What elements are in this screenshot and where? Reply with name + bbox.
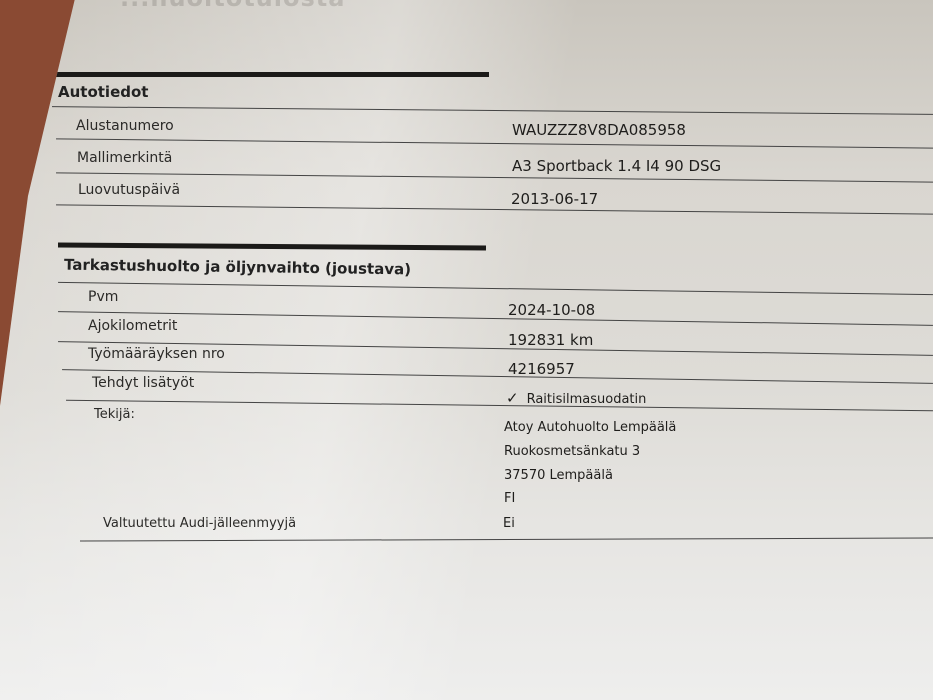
delivery-date-label: Luovutuspäivä — [78, 182, 180, 198]
divider — [80, 538, 933, 542]
service-record-paper: ...huoltotulosta Autotiedot Alustanumero… — [0, 0, 933, 700]
divider — [56, 138, 933, 148]
divider — [56, 172, 933, 182]
performer-label: Tekijä: — [94, 407, 135, 422]
authorized-dealer-value: Ei — [503, 516, 515, 531]
divider — [66, 400, 933, 412]
performer-country: FI — [504, 491, 515, 506]
section-rule — [58, 243, 486, 251]
work-order-label: Työmääräyksen nro — [88, 346, 225, 362]
model-value: A3 Sportback 1.4 I4 90 DSG — [512, 157, 721, 175]
vin-label: Alustanumero — [76, 118, 174, 134]
mileage-value: 192831 km — [508, 331, 593, 349]
extra-work-value: ✓Raitisilmasuodatin — [506, 389, 646, 407]
extra-work-label: Tehdyt lisätyöt — [92, 375, 194, 391]
performer-city: 37570 Lempäälä — [504, 468, 613, 483]
date-value: 2024-10-08 — [508, 301, 595, 319]
car-info-title: Autotiedot — [58, 83, 148, 101]
divider — [52, 106, 933, 115]
ghost-heading: ...huoltotulosta — [120, 0, 345, 12]
authorized-dealer-label: Valtuutettu Audi-jälleenmyyjä — [103, 516, 296, 531]
work-order-value: 4216957 — [508, 360, 575, 378]
date-label: Pvm — [88, 289, 118, 305]
vin-value: WAUZZZ8V8DA085958 — [512, 121, 686, 139]
model-label: Mallimerkintä — [77, 150, 172, 166]
divider — [58, 311, 933, 326]
divider — [56, 204, 933, 214]
delivery-date-value: 2013-06-17 — [511, 190, 598, 208]
performer-name: Atoy Autohuolto Lempäälä — [504, 420, 676, 435]
mileage-label: Ajokilometrit — [88, 318, 177, 334]
section-rule — [52, 72, 489, 77]
divider — [58, 282, 933, 295]
performer-street: Ruokosmetsänkatu 3 — [504, 444, 640, 459]
service-title: Tarkastushuolto ja öljynvaihto (joustava… — [64, 256, 411, 279]
